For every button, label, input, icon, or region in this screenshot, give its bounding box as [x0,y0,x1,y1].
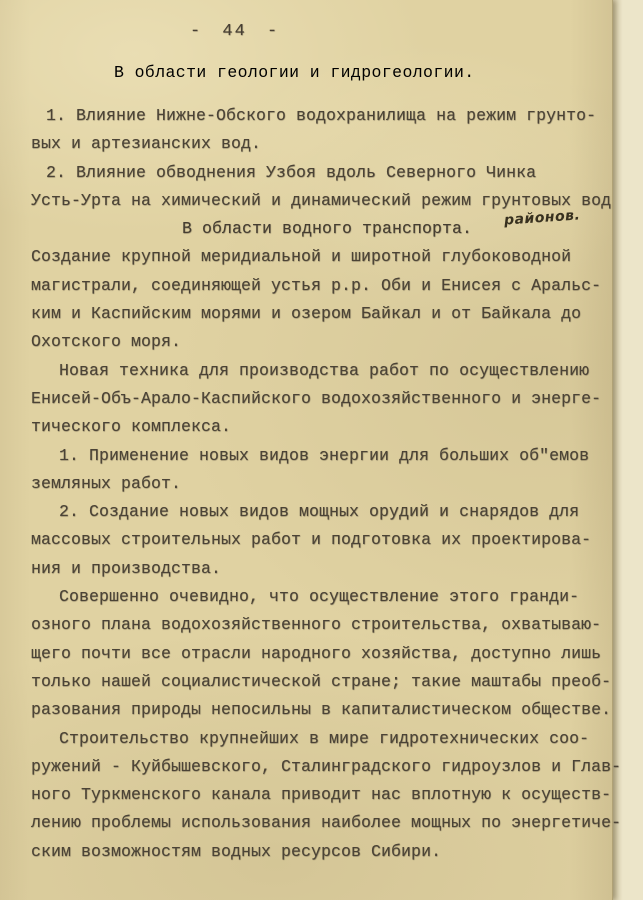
text-line: тического комплекса. [31,413,616,441]
text-line: 1. Влияние Нижне-Обского водохранилища н… [31,102,616,130]
text-line: озного плана водохозяйственного строител… [31,611,616,639]
text-line: Охотского моря. [31,328,616,356]
text-line: ния и производства. [31,555,616,583]
text-line: Новая техника для производства работ по … [31,357,616,385]
text-line: ким и Каспийским морями и озером Байкал … [31,300,616,328]
text-line: Строительство крупнейших в мире гидротех… [31,725,616,753]
text-line: Енисей-Объ-Арало-Каспийского водохозяйст… [31,385,616,413]
text-line: ским возможностям водных ресурсов Сибири… [31,838,616,866]
text-line: земляных работ. [31,470,616,498]
text-line: 2. Создание новых видов мощных орудий и … [31,498,616,526]
text-line: ного Туркменского канала приводит нас вп… [31,781,616,809]
text-line: только нашей социалистической стране; та… [31,668,616,696]
text-line: 2. Влияние обводнения Узбоя вдоль Северн… [31,159,616,187]
document-page: - 44 - В области геологии и гидрогеологи… [0,0,613,900]
text-line: Совершенно очевидно, что осуществление э… [31,583,616,611]
scanned-document: { "page": { "number": "- 44 -", "heading… [0,0,643,900]
text-line: лению проблемы использования наиболее мо… [31,809,616,837]
text-line: Создание крупной меридиальной и широтной… [31,243,616,271]
text-line: разования природы непосильны в капиталис… [31,696,616,724]
text-line: ружений - Куйбышевского, Сталинградского… [31,753,616,781]
text-line: вых и артезианских вод. [31,130,616,158]
text-line: щего почти все отрасли народного хозяйст… [31,640,616,668]
page-number: - 44 - [190,22,279,41]
section-heading-geology: В области геологии и гидрогеологии. [114,63,475,82]
text-line: массовых строительных работ и подготовка… [31,526,616,554]
text-line: магистрали, соединяющей устья р.р. Оби и… [31,272,616,300]
text-line: 1. Применение новых видов энергии для бо… [31,442,616,470]
